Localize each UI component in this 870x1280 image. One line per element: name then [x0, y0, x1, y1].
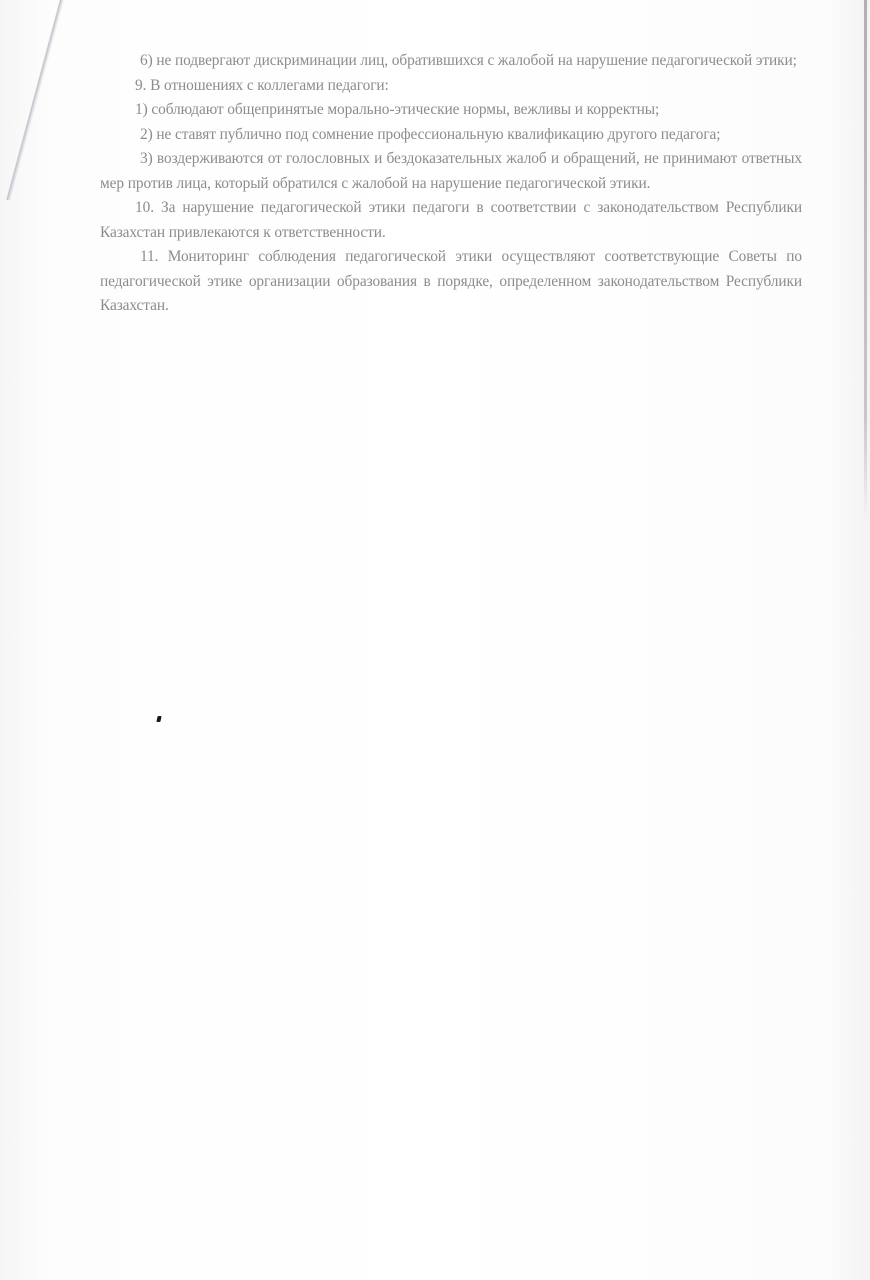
paragraph-section-9: 9. В отношениях с коллегами педагоги:: [100, 74, 802, 99]
page-right-edge-shadow: [864, 0, 867, 520]
scanned-page: 6) не подвергают дискриминации лиц, обра…: [0, 0, 870, 1280]
paragraph-item-9-2: 2) не ставят публично под сомнение профе…: [100, 123, 802, 148]
paragraph-item-6: 6) не подвергают дискриминации лиц, обра…: [100, 49, 802, 74]
document-body: 6) не подвергают дискриминации лиц, обра…: [100, 49, 802, 319]
paragraph-section-11: 11. Мониторинг соблюдения педагогической…: [100, 245, 802, 319]
page-fold-edge: [0, 0, 70, 200]
paragraph-item-9-3: 3) воздерживаются от голословных и бездо…: [100, 147, 802, 196]
ink-mark: [156, 716, 161, 722]
paragraph-item-9-1: 1) соблюдают общепринятые морально-этиче…: [100, 98, 802, 123]
paragraph-section-10: 10. За нарушение педагогической этики пе…: [100, 196, 802, 245]
